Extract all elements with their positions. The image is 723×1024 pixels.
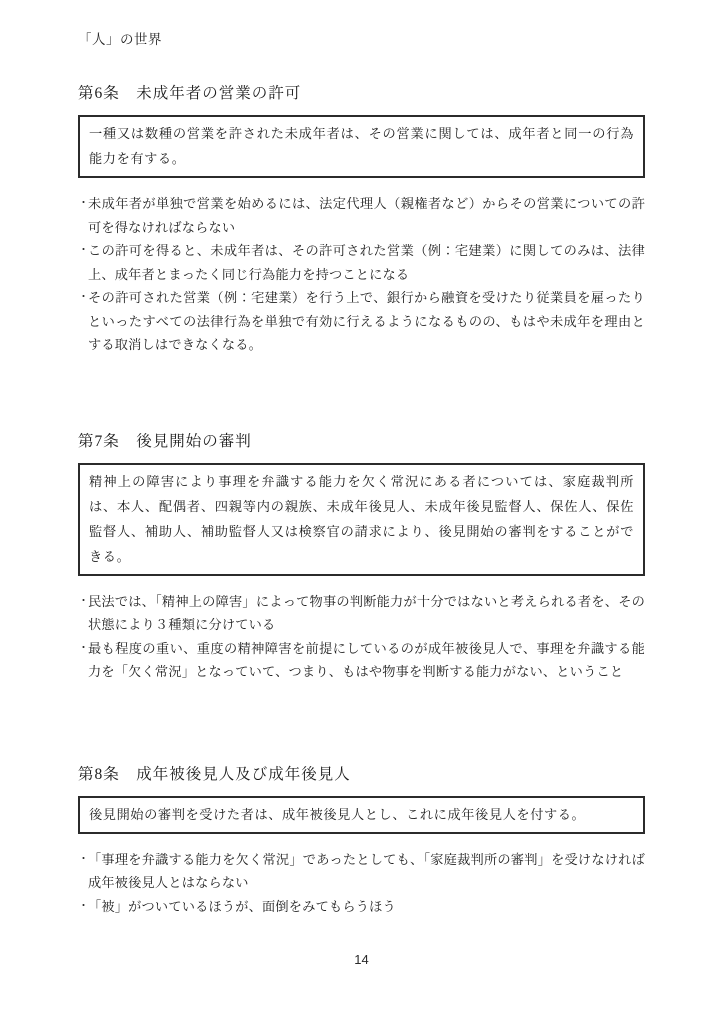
bullet-icon: ・ — [78, 286, 88, 310]
list-item: ・ この許可を得ると、未成年者は、その許可された営業（例：宅建業）に関してのみは… — [78, 239, 645, 286]
article-7-heading: 第7条 後見開始の審判 — [78, 429, 645, 451]
list-item: ・ 「事理を弁識する能力を欠く常況」であったとしても、「家庭裁判所の審判」を受け… — [78, 848, 645, 895]
bullet-icon: ・ — [78, 590, 88, 614]
note-text: 「被」がついているほうが、面倒をみてもらうほう — [88, 895, 645, 919]
article-8-notes: ・ 「事理を弁識する能力を欠く常況」であったとしても、「家庭裁判所の審判」を受け… — [78, 848, 645, 919]
bullet-icon: ・ — [78, 637, 88, 661]
article-6-law-box: 一種又は数種の営業を許された未成年者は、その営業に関しては、成年者と同一の行為能… — [78, 115, 645, 178]
note-text: この許可を得ると、未成年者は、その許可された営業（例：宅建業）に関してのみは、法… — [88, 239, 645, 286]
section-article-8: 第8条 成年被後見人及び成年後見人 後見開始の審判を受けた者は、成年被後見人とし… — [78, 762, 645, 919]
bullet-icon: ・ — [78, 895, 88, 919]
note-text: 民法では、「精神上の障害」によって物事の判断能力が十分ではないと考えられる者を、… — [88, 590, 645, 637]
list-item: ・ 未成年者が単独で営業を始めるには、法定代理人（親権者など）からその営業につい… — [78, 192, 645, 239]
note-text: その許可された営業（例：宅建業）を行う上で、銀行から融資を受けたり従業員を雇った… — [88, 286, 645, 357]
list-item: ・ その許可された営業（例：宅建業）を行う上で、銀行から融資を受けたり従業員を雇… — [78, 286, 645, 357]
section-article-7: 第7条 後見開始の審判 精神上の障害により事理を弁識する能力を欠く常況にある者に… — [78, 429, 645, 684]
document-header: 「人」の世界 — [78, 28, 645, 48]
list-item: ・ 「被」がついているほうが、面倒をみてもらうほう — [78, 895, 645, 919]
bullet-icon: ・ — [78, 239, 88, 263]
note-text: 未成年者が単独で営業を始めるには、法定代理人（親権者など）からその営業についての… — [88, 192, 645, 239]
document-page: 「人」の世界 第6条 未成年者の営業の許可 一種又は数種の営業を許された未成年者… — [0, 0, 723, 1024]
article-6-notes: ・ 未成年者が単独で営業を始めるには、法定代理人（親権者など）からその営業につい… — [78, 192, 645, 357]
article-8-heading: 第8条 成年被後見人及び成年後見人 — [78, 762, 645, 784]
list-item: ・ 最も程度の重い、重度の精神障害を前提にしているのが成年被後見人で、事理を弁識… — [78, 637, 645, 684]
article-8-law-box: 後見開始の審判を受けた者は、成年被後見人とし、これに成年後見人を付する。 — [78, 796, 645, 834]
article-7-law-box: 精神上の障害により事理を弁識する能力を欠く常況にある者については、家庭裁判所は、… — [78, 463, 645, 576]
note-text: 最も程度の重い、重度の精神障害を前提にしているのが成年被後見人で、事理を弁識する… — [88, 637, 645, 684]
note-text: 「事理を弁識する能力を欠く常況」であったとしても、「家庭裁判所の審判」を受けなけ… — [88, 848, 645, 895]
article-6-heading: 第6条 未成年者の営業の許可 — [78, 81, 645, 103]
bullet-icon: ・ — [78, 192, 88, 216]
section-article-6: 第6条 未成年者の営業の許可 一種又は数種の営業を許された未成年者は、その営業に… — [78, 81, 645, 357]
bullet-icon: ・ — [78, 848, 88, 872]
article-7-notes: ・ 民法では、「精神上の障害」によって物事の判断能力が十分ではないと考えられる者… — [78, 590, 645, 684]
list-item: ・ 民法では、「精神上の障害」によって物事の判断能力が十分ではないと考えられる者… — [78, 590, 645, 637]
page-number: 14 — [0, 952, 723, 967]
